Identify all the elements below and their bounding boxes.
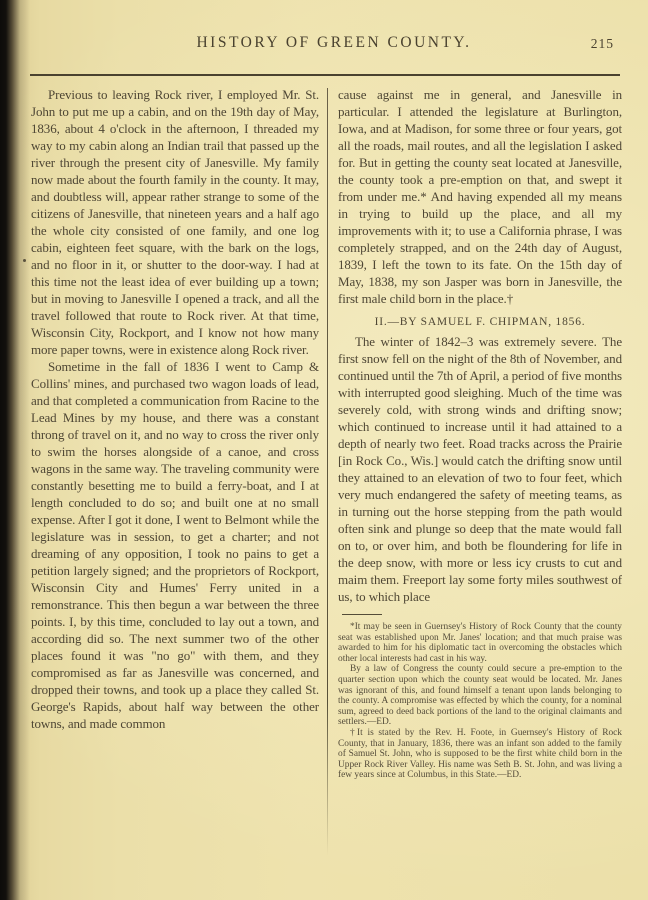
right-text-column: cause against me in general, and Janesvi… xyxy=(338,86,622,886)
section-heading: II.—BY SAMUEL F. CHIPMAN, 1856. xyxy=(338,316,622,328)
right-column-paragraph-continuation: cause against me in general, and Janesvi… xyxy=(338,86,622,307)
book-gutter-edge xyxy=(0,0,30,900)
print-speck xyxy=(23,259,26,262)
left-column-paragraph-1: Previous to leaving Rock river, I employ… xyxy=(31,86,319,358)
scanned-book-page: HISTORY OF GREEN COUNTY. 215 Previous to… xyxy=(0,0,648,900)
footnote-1-paragraph-2: By a law of Congress the county could se… xyxy=(338,664,622,728)
column-divider-rule xyxy=(327,88,328,856)
footnote-separator-rule xyxy=(342,614,382,615)
left-column-paragraph-2: Sometime in the fall of 1836 I went to C… xyxy=(31,358,319,732)
left-text-column: Previous to leaving Rock river, I employ… xyxy=(31,86,319,886)
running-head-title: HISTORY OF GREEN COUNTY. xyxy=(60,34,608,52)
right-column-paragraph-1: The winter of 1842–3 was extremely sever… xyxy=(338,333,622,605)
footnote-2: †It is stated by the Rev. H. Foote, in G… xyxy=(338,728,622,781)
header-rule xyxy=(30,74,620,76)
page-number: 215 xyxy=(591,36,614,52)
footnote-1-paragraph-1: *It may be seen in Guernsey's History of… xyxy=(338,622,622,664)
